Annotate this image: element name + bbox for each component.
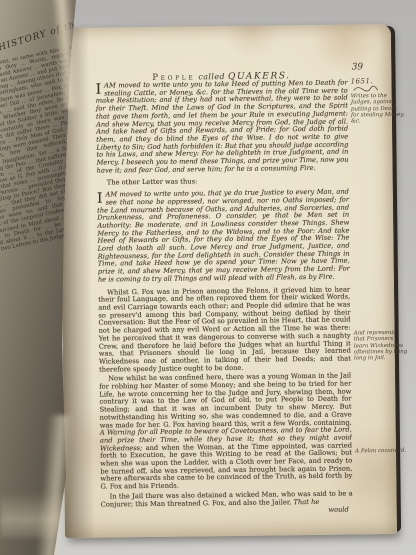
margin-note-2: And represents that Prisoners learn Wick…: [354, 330, 408, 362]
photo-backdrop: PeoplecalledQUAKERS. 39 1651. Writes to …: [0, 0, 416, 555]
letter-1-text: AM moved to write unto you to take Heed …: [96, 79, 349, 175]
letter-paragraph-2: IAM moved to write unto you, that ye do …: [97, 189, 350, 285]
letter-paragraph-1: IAM moved to write unto you to take Heed…: [96, 80, 349, 176]
drop-cap: I: [97, 192, 106, 205]
narrative-3-italic: That he: [293, 497, 319, 505]
narrative-paragraph-1: Whilst G. Fox was in Prison among the Fe…: [98, 286, 351, 374]
body-text-column: IAM moved to write unto you to take Heed…: [96, 80, 353, 518]
letter-2-text: AM moved to write unto you, that ye do t…: [97, 188, 350, 284]
book-page-recto: PeoplecalledQUAKERS. 39 1651. Writes to …: [59, 24, 397, 538]
interlude-line: The other Letter was thus:: [97, 177, 349, 188]
narrative-paragraph-3: In the Jail there was also detained a wi…: [101, 490, 353, 508]
page-number: 39: [343, 62, 371, 72]
margin-note-1: 1651. Writes to the Judges, against putt…: [351, 77, 406, 125]
narrative-2-pre: Now whilst he was confined here, there w…: [99, 372, 352, 429]
drop-cap: I: [96, 82, 105, 95]
margin-note-3: A Felon convinc'd.: [355, 448, 409, 455]
margin-note-text: And represents that Prisoners learn Wick…: [354, 330, 408, 362]
margin-note-text: A Felon convinc'd.: [355, 448, 409, 455]
year-flourish-icon: [353, 85, 379, 92]
narrative-paragraph-2: Now whilst he was confined here, there w…: [99, 373, 352, 492]
margin-note-text: Writes to the Judges, against putting to…: [351, 93, 405, 125]
catchword: would: [101, 507, 353, 518]
